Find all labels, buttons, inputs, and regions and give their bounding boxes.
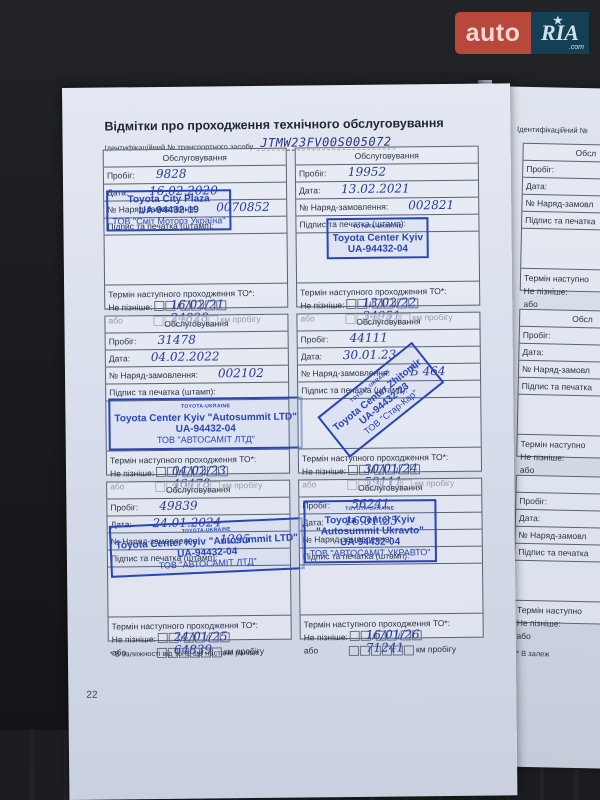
stamp-line: ТОВ "АВТОСАМІТ ЛТД" <box>115 434 298 447</box>
right-service-card: Пробіг: Дата: № Наряд-замовл Підпис та п… <box>513 475 600 625</box>
signature-area <box>514 561 600 603</box>
card-header: Обслуговування <box>105 315 287 334</box>
not-later-label: Не пізніше: <box>112 634 156 644</box>
next-service-block: Термін наступного проходження ТО*: Не пі… <box>301 614 483 658</box>
mileage-label: Пробіг: <box>109 336 137 346</box>
not-later-label: Не пізніше: <box>300 300 344 310</box>
mileage-value: 44111 <box>350 330 388 346</box>
signature-area <box>518 395 600 437</box>
card-header: Обслуговування <box>297 313 479 332</box>
next-date-value: 16/02/21 <box>170 298 224 312</box>
not-later-label: Не пізніше: <box>108 302 152 312</box>
date-value: 04.02.2022 <box>151 348 220 365</box>
order-label: № Наряд-замовлення: <box>109 370 198 381</box>
service-record-card: Обслуговування Пробіг: 56241 Дата: 16.01… <box>298 478 484 640</box>
dealer-stamp: TOYOTA-UKRAINEToyota Center Kyiv "Autosu… <box>108 396 303 450</box>
service-record-card: Обслуговування Пробіг: 49839 Дата: 24.01… <box>106 480 292 642</box>
date-value: 13.02.2021 <box>341 180 410 197</box>
signature-area <box>105 234 288 286</box>
date-label: Дата: <box>299 185 320 195</box>
not-later-label: Не пізніше: <box>110 468 154 478</box>
star-icon: ★ <box>553 14 563 27</box>
right-footnote: * В залеж <box>516 649 549 659</box>
next-km-value: 71241 <box>366 642 404 655</box>
order-value: 002102 <box>218 365 264 381</box>
not-later-label: Не пізніше: <box>304 632 348 642</box>
stamp-line: Toyota City Plaza <box>112 193 225 205</box>
signature-area <box>300 564 483 616</box>
card-header: Обслуговування <box>299 479 481 498</box>
date-label: Дата: <box>301 351 322 361</box>
mileage-label: Пробіг: <box>110 502 138 512</box>
order-row: № Наряд-замовлення: 002821 <box>296 198 478 217</box>
order-value: 002821 <box>408 197 454 213</box>
footnote: * В залежності від того, що настане рані… <box>110 648 260 659</box>
card-header: Обслуговування <box>296 147 478 166</box>
mileage-value: 9828 <box>156 166 187 182</box>
stamp-line: ТОВ "Сміт Моторз Україна" <box>112 215 225 227</box>
right-service-card: Обсл Пробіг: Дата: № Наряд-замовл Підпис… <box>520 143 600 293</box>
card-header: Обслуговування <box>104 149 286 168</box>
next-date-value: 30/01/24 <box>364 462 418 476</box>
signature-label: Підпис та печатка (штамп): <box>109 386 216 397</box>
or-label: або <box>304 646 318 656</box>
or-label: або <box>516 630 600 645</box>
page-title: Відмітки про проходження технічного обсл… <box>104 116 443 134</box>
mileage-label: Пробіг: <box>107 170 135 180</box>
logo-ria-part: ★ RIA .com <box>531 12 589 54</box>
order-label: № Наряд-замовлення: <box>299 202 388 213</box>
logo-com-text: .com <box>569 44 584 51</box>
dealer-stamp: TOYOTA-UKRAINEToyota Center Kyiv"Autosum… <box>303 499 436 563</box>
or-row: або км пробігу 71241 <box>304 643 480 658</box>
logo-auto-part: auto <box>455 12 531 54</box>
page-number: 22 <box>86 690 97 701</box>
stamp-line: ТОВ "АВТОСАМІТ УКРАВТО" <box>310 547 431 559</box>
stamp-line: "Autosummit Ukravto" <box>310 525 431 537</box>
dealer-stamp: TOYOTA-UKRAINEToyota Center Kyiv "Autosu… <box>109 517 306 578</box>
not-later-label: Не пізніше: <box>302 466 346 476</box>
mileage-label: Пробіг: <box>299 168 327 178</box>
date-label: Дата: <box>109 353 130 363</box>
stamp-line: UA-94432-04 <box>333 243 424 255</box>
mileage-value: 49839 <box>159 498 197 514</box>
next-service-block: Термін наступно Не пізніше: або <box>513 601 600 648</box>
right-vin-label: Ідентифікаційний № <box>517 125 588 135</box>
service-record-card: Обслуговування Пробіг: 9828 Дата: 16.02.… <box>103 148 289 310</box>
service-record-card: Обслуговування Пробіг: 19952 Дата: 13.02… <box>295 146 481 308</box>
km-label: км пробігу <box>416 644 456 654</box>
signature-area <box>521 229 600 271</box>
mileage-value: 31478 <box>158 332 196 348</box>
service-record-card: Обслуговування Пробіг: 31478 Дата: 04.02… <box>104 314 290 476</box>
service-book-page: Відмітки про проходження технічного обсл… <box>62 83 517 800</box>
mileage-value: 19952 <box>348 164 386 180</box>
dealer-stamp: Toyota City PlazaUA-94432-19ТОВ "Сміт Мо… <box>106 189 231 231</box>
next-date-value: 24/01/25 <box>174 630 228 644</box>
right-service-card: Обсл Пробіг: Дата: № Наряд-замовл Підпис… <box>516 309 600 459</box>
mileage-label: Пробіг: <box>301 334 329 344</box>
autoria-logo[interactable]: auto ★ RIA .com <box>455 12 589 54</box>
stamp-line: Toyota Center Kyiv <box>333 232 424 244</box>
order-row: № Наряд-замовлення: 002102 <box>106 366 288 385</box>
card-header: Обслуговування <box>107 481 289 500</box>
dealer-stamp: TOYOTA-UKRAINEToyota Center KyivUA-94432… <box>326 217 429 259</box>
service-record-card: Обслуговування Пробіг: 44111 Дата: 30.01… <box>296 312 482 474</box>
